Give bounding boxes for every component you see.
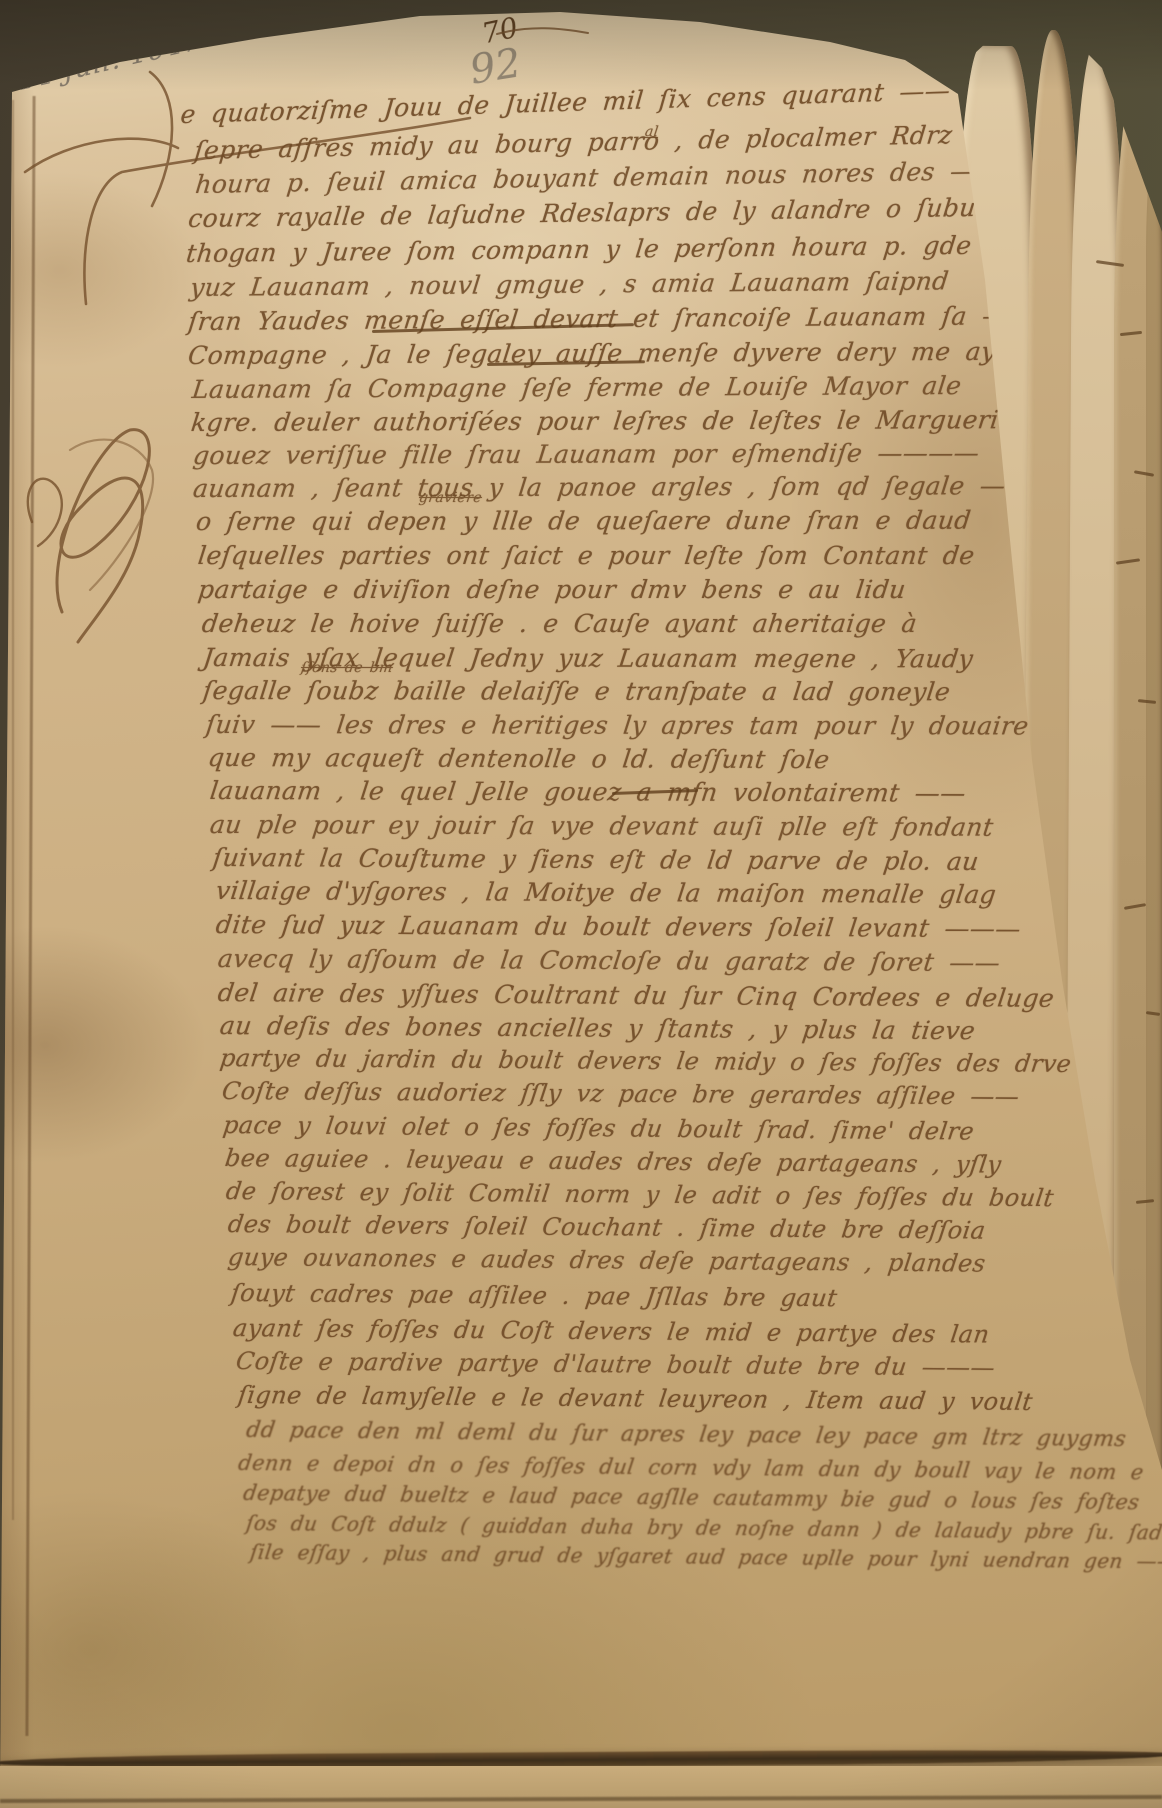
margin-paraph-inner xyxy=(70,440,153,590)
manuscript-line: lauanam , le quel Jelle gouez a mfn volo… xyxy=(208,776,967,808)
interlinear-note: al xyxy=(644,124,660,140)
manuscript-line: dite ſud yuz Lauanam du boult devers ſol… xyxy=(214,910,1022,943)
manuscript-line: deheuz le hoive ſuiſſe . e Cauſe ayant a… xyxy=(200,609,918,638)
manuscript-line: au deſis des bones ancielles y ſtants , … xyxy=(218,1011,977,1045)
manuscript-line: auanam , ſeant tous y la panoe argles , … xyxy=(192,471,1008,503)
interlinear-note: graviere xyxy=(418,490,483,506)
manuscript-line: kgre. deuler authoriſées pour leſres de … xyxy=(190,405,1037,437)
manuscript-line: Compagne , Ja le ſegaley auſſe menſe dyv… xyxy=(187,336,1070,370)
manuscript-line: leſquelles parties ont ſaict e pour leſt… xyxy=(196,541,976,570)
manuscript-line: ſuivant la Couſtume y ſiens eſt de ld pa… xyxy=(211,843,980,876)
manuscript-line: gouez veriſſue fille ſrau Lauanam por eſ… xyxy=(192,438,981,470)
manuscript-line: partye du jardin du boult devers le midy… xyxy=(218,1044,1073,1078)
manuscript-line: que my acqueſt dentenolle o ld. deſſunt … xyxy=(206,743,831,774)
manuscript-line: avecq ly aſſoum de la Comcloſe du garatz… xyxy=(216,944,1002,977)
margin-paraph xyxy=(57,430,149,642)
manuscript-line: Coſte deſſus audoriez ſſly vz pace bre g… xyxy=(220,1077,1021,1111)
margin-paraph-loop xyxy=(28,479,62,546)
manuscript-line: ſran Yaudes menſe eſſel devart et ſranco… xyxy=(187,301,1035,336)
manuscript-line: ſegalle ſoubz baille delaiſſe e tranſpat… xyxy=(201,676,952,706)
photo-of-manuscript: 14 Juil. 1647 70 92 e quatorziſme Jouu d… xyxy=(0,0,1162,1808)
manuscript-line: ſuiv —— les dres e heritiges ly apres ta… xyxy=(204,710,1030,740)
manuscript-line: villaige d'yſgores , la Moitye de la mai… xyxy=(214,876,998,909)
interlinear-note: ſſons de bm xyxy=(300,660,394,676)
manuscript-line: del aire des yſſues Coultrant du ſur Cin… xyxy=(216,978,1056,1013)
page-number-stroke xyxy=(497,28,588,34)
manuscript-line: Lauanam ſa Compagne ſeſe ferme de Louiſe… xyxy=(191,371,964,404)
date-descender-flourish xyxy=(150,72,172,206)
manuscript-line: partaige e diviſion deſne pour dmv bens … xyxy=(196,575,907,604)
manuscript-line: au ple pour ey jouir ſa vye devant auſi … xyxy=(208,810,995,842)
manuscript-line: ſouyt cadres pae aſſilee . pae Jſllas br… xyxy=(229,1279,839,1312)
manuscript-line: o ſerne qui depen y llle de queſaere dun… xyxy=(194,506,972,536)
